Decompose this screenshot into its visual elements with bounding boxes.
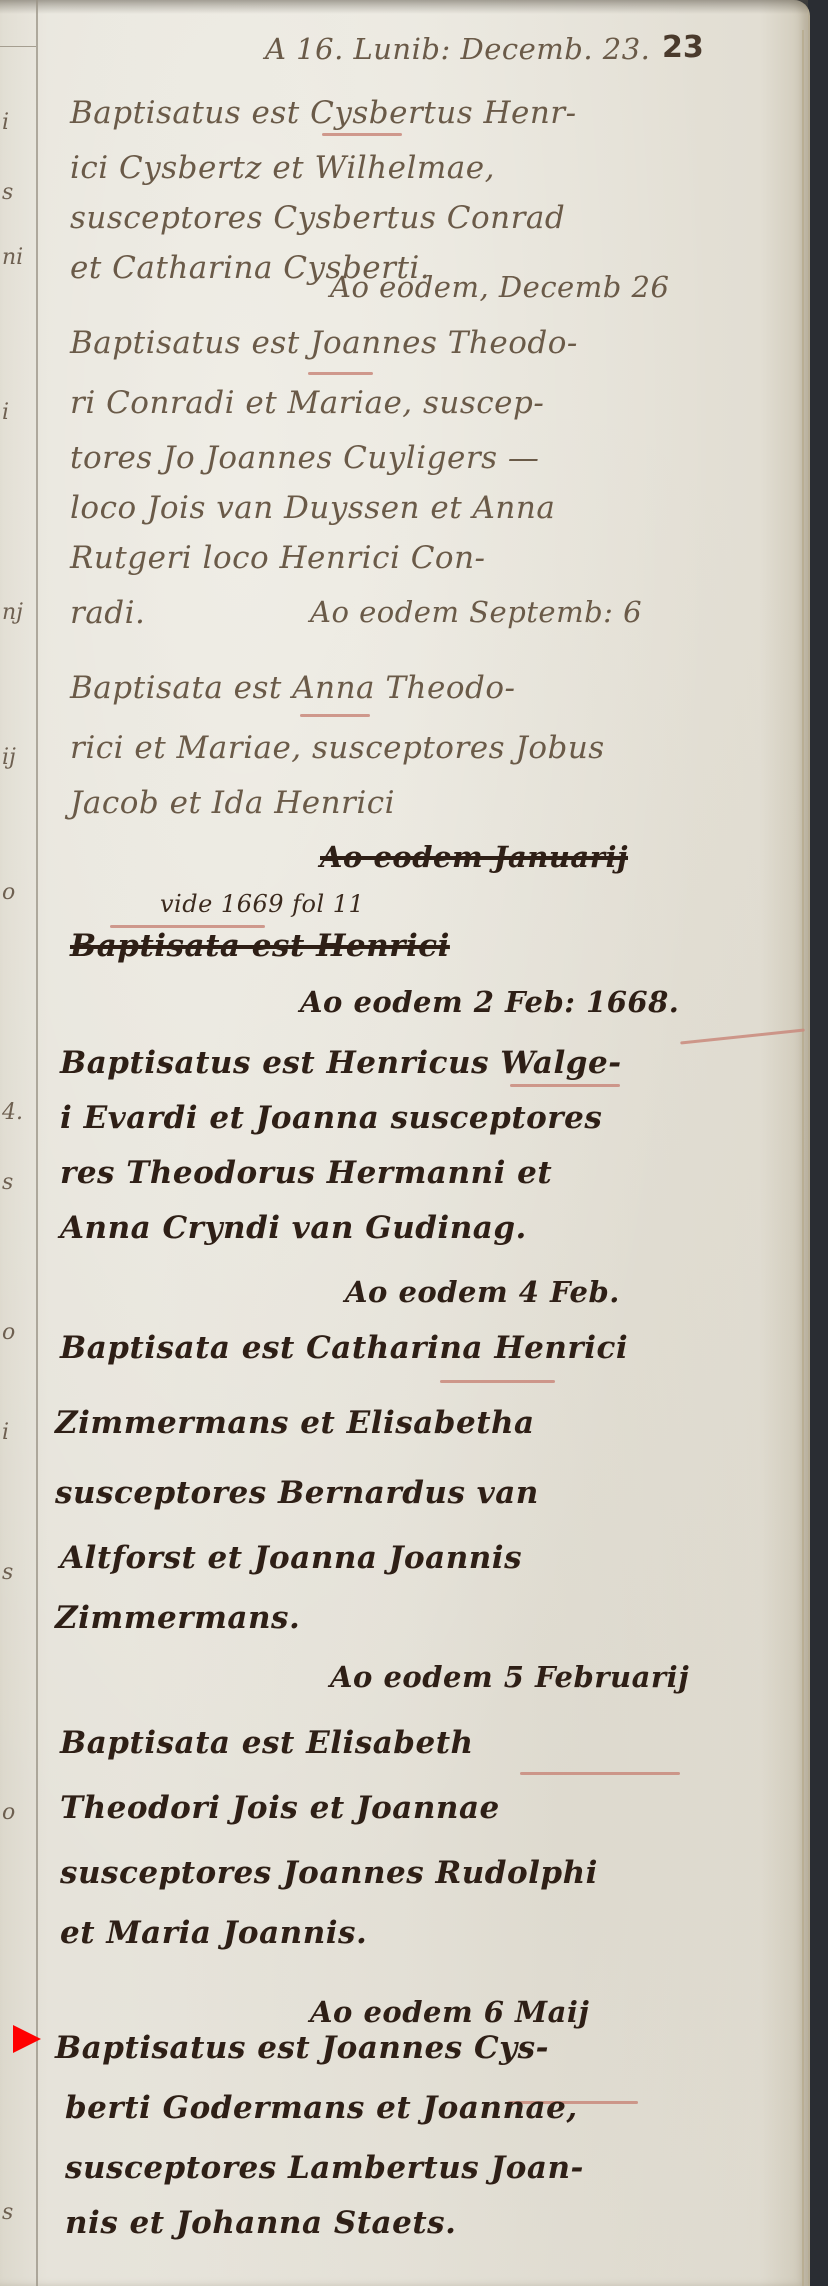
entry-line: ri Conradi et Mariae, suscep- [70, 385, 544, 421]
entry-line: Baptisatus est Cysbertus Henr- [70, 95, 577, 131]
entry-line: i Evardi et Joanna susceptores [60, 1100, 602, 1136]
entry-date: Ao eodem 4 Feb. [345, 1275, 620, 1309]
entry-line: susceptores Cysbertus Conrad [70, 200, 565, 236]
entry-line: susceptores Bernardus van [55, 1475, 539, 1511]
entry-line: nis et Johanna Staets. [65, 2205, 456, 2241]
entry-line: tores Jo Joannes Cuyligers — [70, 440, 539, 476]
entry-line: Baptisata est Elisabeth [60, 1725, 474, 1761]
page-edge [802, 30, 804, 2286]
margin-fragment: i [2, 110, 9, 135]
margin-fragment: ij [2, 745, 16, 770]
entry-date: Ao eodem 2 Feb: 1668. [300, 985, 679, 1019]
struck-entry-line: Baptisata est Henrici [70, 928, 450, 964]
entry-line: loco Jois van Duyssen et Anna [70, 490, 555, 526]
margin-fragment: o [2, 1320, 15, 1345]
rubric-underline [510, 1084, 620, 1087]
rubric-underline [440, 1380, 555, 1383]
entry-line: ici Cysbertz et Wilhelmae, [70, 150, 495, 186]
entry-line: Zimmermans. [55, 1600, 300, 1636]
entry-line: res Theodorus Hermanni et [60, 1155, 552, 1191]
entry-line: Jacob et Ida Henrici [70, 785, 395, 821]
rubric-underline [300, 714, 370, 717]
margin-fragment: o [2, 880, 15, 905]
entry-line: Anna Cryndi van Gudinag. [60, 1210, 527, 1246]
entry-line: Zimmermans et Elisabetha [55, 1405, 535, 1441]
entry-line: berti Godermans et Joannae, [65, 2090, 578, 2126]
margin-fragment: s [2, 2200, 13, 2225]
struck-date: Ao eodem Januarij [320, 840, 628, 874]
rubric-underline [520, 1772, 680, 1775]
entry-line: rici et Mariae, susceptores Jobus [70, 730, 605, 766]
margin-fragment: s [2, 180, 13, 205]
rubric-underline [308, 372, 373, 375]
red-marker-arrow-icon [13, 2025, 41, 2053]
entry-date: Ao eodem, Decemb 26 [330, 270, 669, 304]
page-top-shadow [0, 0, 808, 14]
entry-line: Altforst et Joanna Joannis [60, 1540, 522, 1576]
margin-fragment: s [2, 1560, 13, 1585]
entry-date: Ao eodem 5 Februarij [330, 1660, 689, 1694]
margin-fragment: 4. [2, 1100, 23, 1125]
entry-date: Ao eodem Septemb: 6 [310, 595, 642, 629]
margin-fragment: o [2, 1800, 15, 1825]
entry-line: radi. [70, 595, 145, 631]
entry-line: Baptisatus est Joannes Cys- [55, 2030, 549, 2066]
entry-date: Ao eodem 6 Maij [310, 1995, 589, 2029]
entry-line: Baptisatus est Henricus Walge- [60, 1045, 622, 1081]
margin-fragment: i [2, 1420, 9, 1445]
manuscript-page: i s ni i nj ij o 4. s o i s o s A 16. Lu… [0, 0, 810, 2286]
page-header: A 16. Lunib: Decemb. 23. [265, 32, 650, 66]
entry-line: Baptisatus est Joannes Theodo- [70, 325, 578, 361]
entry-line: Rutgeri loco Henrici Con- [70, 540, 486, 576]
entry-line: Theodori Jois et Joannae [60, 1790, 500, 1826]
rubric-underline [680, 1028, 805, 1044]
margin-tick [0, 46, 36, 47]
page-number: 23 [662, 30, 704, 65]
margin-rule [36, 0, 38, 2286]
entry-line: Baptisata est Catharina Henrici [60, 1330, 628, 1366]
entry-line: susceptores Lambertus Joan- [65, 2150, 584, 2186]
entry-line: susceptores Joannes Rudolphi [60, 1855, 598, 1891]
margin-fragment: i [2, 400, 9, 425]
entry-line: Baptisata est Anna Theodo- [70, 670, 516, 706]
rubric-underline [322, 133, 402, 136]
margin-fragment: nj [2, 600, 23, 625]
margin-fragment: ni [2, 245, 23, 270]
entry-line: et Maria Joannis. [60, 1915, 367, 1951]
margin-fragment: s [2, 1170, 13, 1195]
cross-reference-note: vide 1669 fol 11 [160, 890, 364, 918]
